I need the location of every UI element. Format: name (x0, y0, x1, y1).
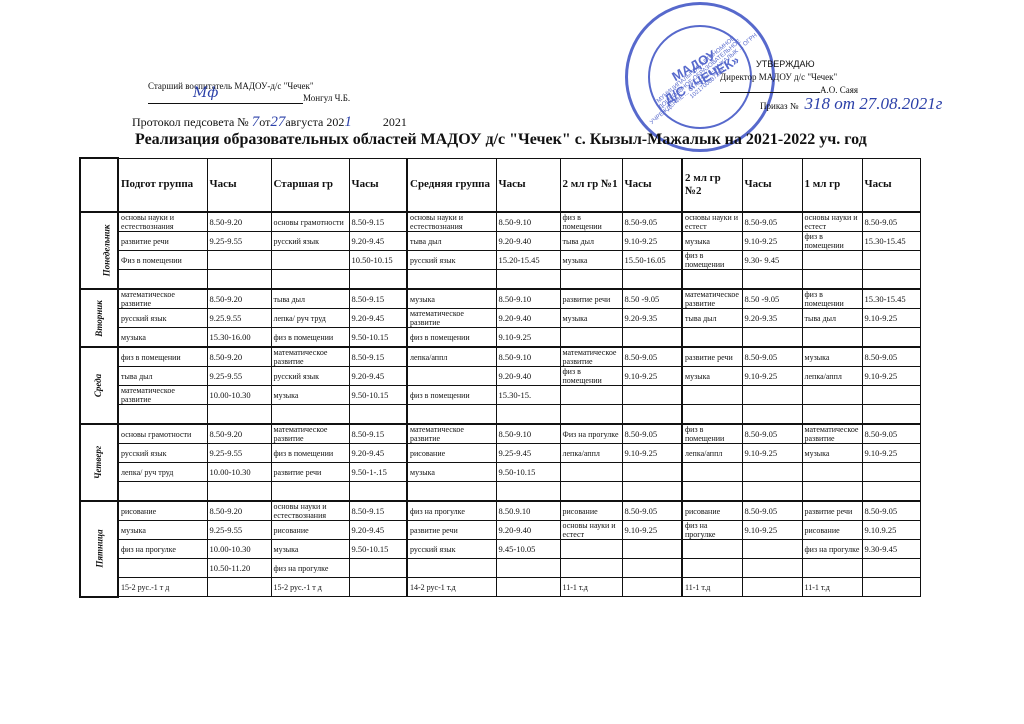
activity-cell: лепка/ руч труд (118, 463, 207, 482)
time-cell (622, 559, 682, 578)
time-cell (496, 578, 560, 597)
time-cell: 10.50-11.20 (207, 559, 271, 578)
activity-cell (802, 270, 862, 290)
activity-cell (560, 559, 622, 578)
time-cell (207, 405, 271, 425)
time-cell (207, 251, 271, 270)
hours-header: Часы (742, 158, 802, 212)
time-cell: 9.10-9.25 (622, 232, 682, 251)
activity-cell (682, 482, 742, 502)
time-cell: 9.20-9.45 (349, 521, 407, 540)
time-cell (349, 578, 407, 597)
activity-cell (118, 559, 207, 578)
activity-cell (682, 463, 742, 482)
activity-cell: основы науки и естествознания (118, 212, 207, 232)
activity-cell (118, 482, 207, 502)
protocol-year: 2021 (383, 115, 407, 129)
order-label: Приказ № (760, 101, 798, 111)
table-row: тыва дыл9.25-9.55русский язык9.20-9.459.… (80, 367, 920, 386)
activity-cell: рисование (560, 501, 622, 521)
hours-header: Часы (862, 158, 920, 212)
activity-cell (682, 559, 742, 578)
time-cell: 8.50-9.05 (862, 212, 920, 232)
activity-cell: музыка (682, 367, 742, 386)
approval-block: УТВЕРЖДАЮ Директор МАДОУ д/с "Чечек" А.О… (720, 58, 1010, 113)
activity-cell (802, 463, 862, 482)
time-cell: 8.50-9.05 (622, 424, 682, 444)
activity-cell: математическое развитие (271, 424, 349, 444)
time-cell: 8.50-9.20 (207, 347, 271, 367)
time-cell: 9.20-9.40 (496, 521, 560, 540)
activity-cell: математическое развитие (407, 309, 496, 328)
time-cell: 9.50-10.15 (349, 540, 407, 559)
time-cell: 9.20-9.45 (349, 444, 407, 463)
activity-cell (271, 270, 349, 290)
activity-cell: физ в помещении (271, 328, 349, 348)
activity-cell (560, 482, 622, 502)
protocol-year-digit: 1 (344, 114, 352, 130)
activity-cell: тыва дыл (118, 367, 207, 386)
time-cell (742, 559, 802, 578)
activity-cell: русский язык (118, 309, 207, 328)
activity-cell: музыка (118, 521, 207, 540)
time-cell: 8.50-9.15 (349, 289, 407, 309)
time-cell: 8.50-9.05 (622, 347, 682, 367)
time-cell: 8.50-9.20 (207, 501, 271, 521)
signature: Мф (193, 87, 218, 99)
activity-cell: развитие речи (118, 232, 207, 251)
time-cell: 8.50-9.05 (742, 424, 802, 444)
table-row (80, 405, 920, 425)
time-cell (862, 482, 920, 502)
time-cell (207, 270, 271, 290)
activity-cell: математическое развитие (802, 424, 862, 444)
time-cell: 8.50-9.20 (207, 424, 271, 444)
time-cell: 8.50-9.15 (349, 212, 407, 232)
activity-cell (407, 270, 496, 290)
time-cell: 15.30-15.45 (862, 289, 920, 309)
time-cell: 8.50-9.10 (496, 212, 560, 232)
document-title: Реализация образовательных областей МАДО… (135, 131, 867, 149)
time-cell: 9.10-9.25 (496, 328, 560, 348)
activity-cell: физ в помещении (271, 444, 349, 463)
activity-cell: 11-1 т.д (682, 578, 742, 597)
time-cell: 9.50-10.15 (496, 463, 560, 482)
time-cell: 8.50-9.20 (207, 212, 271, 232)
table-row: русский язык9.25-9.55физ в помещении9.20… (80, 444, 920, 463)
time-cell (862, 270, 920, 290)
time-cell (622, 386, 682, 405)
activity-cell: тыва дыл (271, 289, 349, 309)
time-cell: 9.10-9.25 (862, 444, 920, 463)
activity-cell: математическое развитие (560, 347, 622, 367)
activity-cell: рисование (118, 501, 207, 521)
time-cell: 8.50 -9.05 (742, 289, 802, 309)
activity-cell (271, 251, 349, 270)
time-cell (496, 405, 560, 425)
activity-cell: музыка (407, 289, 496, 309)
time-cell: 9.10-9.25 (742, 367, 802, 386)
schedule-table: Подгот группаЧасыСтаршая грЧасыСредняя г… (79, 157, 921, 598)
activity-cell: физ на прогулке (682, 521, 742, 540)
activity-cell: лепка/аппл (682, 444, 742, 463)
activity-cell: математическое развитие (271, 347, 349, 367)
time-cell (622, 482, 682, 502)
time-cell (862, 559, 920, 578)
activity-cell: тыва дыл (407, 232, 496, 251)
activity-cell: русский язык (407, 540, 496, 559)
activity-cell: 15-2 рус.-1 т д (271, 578, 349, 597)
time-cell (742, 482, 802, 502)
table-row: Пятницарисование8.50-9.20основы науки и … (80, 501, 920, 521)
protocol-from: от (259, 115, 270, 129)
activity-cell: русский язык (271, 232, 349, 251)
activity-cell: русский язык (407, 251, 496, 270)
time-cell: 9.20-9.45 (349, 367, 407, 386)
time-cell: 9.10-9.25 (622, 444, 682, 463)
activity-cell: 11-1 т.д (802, 578, 862, 597)
signature-line: Мф (148, 93, 303, 104)
activity-cell (682, 540, 742, 559)
time-cell (862, 463, 920, 482)
time-cell: 9.50-10.15 (349, 328, 407, 348)
time-cell: 10.00-10.30 (207, 386, 271, 405)
time-cell: 9.20-9.40 (496, 309, 560, 328)
activity-cell: математическое развитие (682, 289, 742, 309)
time-cell: 10.50-10.15 (349, 251, 407, 270)
activity-cell: музыка (560, 251, 622, 270)
activity-cell: тыва дыл (560, 232, 622, 251)
activity-cell (560, 405, 622, 425)
activity-cell (802, 328, 862, 348)
day-label: Пятница (80, 501, 118, 597)
time-cell: 8.50 -9.05 (622, 289, 682, 309)
hours-header: Часы (349, 158, 407, 212)
time-cell: 8.50-9.05 (742, 347, 802, 367)
time-cell: 9.10-9.25 (742, 444, 802, 463)
activity-cell (271, 482, 349, 502)
time-cell: 9.25.9.55 (207, 309, 271, 328)
activity-cell (682, 328, 742, 348)
table-row: физ на прогулке10.00-10.30музыка9.50-10.… (80, 540, 920, 559)
activity-cell: физ в помещении (407, 386, 496, 405)
time-cell: 15.50-16.05 (622, 251, 682, 270)
activity-cell: лепка/аппл (560, 444, 622, 463)
activity-cell: музыка (682, 232, 742, 251)
time-cell (862, 578, 920, 597)
time-cell (349, 405, 407, 425)
time-cell (349, 559, 407, 578)
time-cell: 9.10-9.25 (622, 521, 682, 540)
time-cell: 9.10-9.25 (742, 232, 802, 251)
day-label: Понедельник (80, 212, 118, 289)
activity-cell: развитие речи (802, 501, 862, 521)
activity-cell (802, 251, 862, 270)
table-row: 10.50-11.20физ на прогулке (80, 559, 920, 578)
table-row: музыка9.25-9.55рисование9.20-9.45развити… (80, 521, 920, 540)
time-cell: 8.50-9.10 (496, 424, 560, 444)
activity-cell: физ в помещении (560, 367, 622, 386)
time-cell: 9.25-9.45 (496, 444, 560, 463)
time-cell: 9.25-9.55 (207, 232, 271, 251)
activity-cell: 14-2 рус-1 т.д (407, 578, 496, 597)
table-row (80, 270, 920, 290)
time-cell: 8.50.9.10 (496, 501, 560, 521)
time-cell: 8.50-9.05 (862, 424, 920, 444)
time-cell (862, 328, 920, 348)
time-cell (742, 405, 802, 425)
day-label: Среда (80, 347, 118, 424)
activity-cell: физ на прогулке (407, 501, 496, 521)
time-cell: 10.00-10.30 (207, 540, 271, 559)
time-cell: 8.50-9.05 (622, 212, 682, 232)
activity-cell: развитие речи (407, 521, 496, 540)
activity-cell: Физ в помещении (118, 251, 207, 270)
activity-cell (271, 405, 349, 425)
author-name: Монгул Ч.Б. (303, 93, 350, 103)
day-header (80, 158, 118, 212)
activity-cell (118, 270, 207, 290)
activity-cell: основы науки и естест (682, 212, 742, 232)
group-header: Старшая гр (271, 158, 349, 212)
time-cell: 9.10-9.25 (742, 521, 802, 540)
activity-cell: математическое развитие (407, 424, 496, 444)
activity-cell: физ на прогулке (118, 540, 207, 559)
author-position: Старший воспитатель МАДОУ-д/с "Чечек" (148, 80, 350, 92)
table-row: 15-2 рус.-1 т д15-2 рус.-1 т д14-2 рус-1… (80, 578, 920, 597)
activity-cell (560, 463, 622, 482)
activity-cell: физ в помещении (560, 212, 622, 232)
time-cell: 10.00-10.30 (207, 463, 271, 482)
activity-cell: русский язык (271, 367, 349, 386)
time-cell (349, 270, 407, 290)
activity-cell: основы грамотности (118, 424, 207, 444)
activity-cell (407, 559, 496, 578)
activity-cell: музыка (271, 540, 349, 559)
time-cell: 9.50-1-.15 (349, 463, 407, 482)
time-cell: 15.30-16.00 (207, 328, 271, 348)
time-cell (349, 482, 407, 502)
time-cell (496, 270, 560, 290)
time-cell: 9.10-9.25 (862, 367, 920, 386)
activity-cell: физ на прогулке (802, 540, 862, 559)
activity-cell: 15-2 рус.-1 т д (118, 578, 207, 597)
activity-cell (407, 367, 496, 386)
time-cell (742, 270, 802, 290)
time-cell: 9.30-9.45 (862, 540, 920, 559)
activity-cell: 11-1 т.д (560, 578, 622, 597)
activity-cell (560, 270, 622, 290)
time-cell: 9.25-9.55 (207, 367, 271, 386)
table-row: русский язык9.25.9.55лепка/ руч труд9.20… (80, 309, 920, 328)
time-cell (207, 482, 271, 502)
order-handwritten: 318 от 27.08.2021г (804, 94, 942, 113)
time-cell (742, 578, 802, 597)
activity-cell (560, 328, 622, 348)
activity-cell: физ в помещении (682, 251, 742, 270)
time-cell: 9.30- 9.45 (742, 251, 802, 270)
group-header: Подгот группа (118, 158, 207, 212)
time-cell (742, 386, 802, 405)
activity-cell: основы грамотности (271, 212, 349, 232)
activity-cell: развитие речи (271, 463, 349, 482)
activity-cell: музыка (118, 328, 207, 348)
activity-cell: лепка/аппл (407, 347, 496, 367)
time-cell (862, 386, 920, 405)
time-cell (862, 405, 920, 425)
time-cell (622, 405, 682, 425)
activity-cell (802, 482, 862, 502)
protocol-month: августа 202 (285, 115, 344, 129)
time-cell: 9.20-9.35 (742, 309, 802, 328)
time-cell (742, 328, 802, 348)
group-header: 1 мл гр (802, 158, 862, 212)
activity-cell (802, 405, 862, 425)
activity-cell: развитие речи (560, 289, 622, 309)
time-cell (742, 540, 802, 559)
activity-cell (407, 405, 496, 425)
day-label: Вторник (80, 289, 118, 347)
time-cell: 8.50-9.15 (349, 501, 407, 521)
activity-cell: математическое развитие (118, 289, 207, 309)
time-cell: 9.50-10.15 (349, 386, 407, 405)
time-cell (742, 463, 802, 482)
time-cell: 9.10-9.25 (862, 309, 920, 328)
table-row (80, 482, 920, 502)
time-cell: 8.50-9.10 (496, 347, 560, 367)
protocol-line: Протокол педсовета № 7от27августа 2021 2… (132, 114, 407, 131)
time-cell (496, 559, 560, 578)
hours-header: Часы (496, 158, 560, 212)
activity-cell: основы науки и естест (802, 212, 862, 232)
activity-cell: физ в помещении (802, 232, 862, 251)
time-cell: 9.10-9.25 (622, 367, 682, 386)
group-header: 2 мл гр №1 (560, 158, 622, 212)
time-cell: 8.50-9.05 (862, 501, 920, 521)
time-cell: 9.45-10.05 (496, 540, 560, 559)
time-cell (207, 578, 271, 597)
activity-cell: математическое развитие (118, 386, 207, 405)
time-cell (496, 482, 560, 502)
activity-cell: основы науки и естествознания (407, 212, 496, 232)
time-cell (622, 270, 682, 290)
time-cell: 8.50-9.15 (349, 347, 407, 367)
activity-cell: рисование (682, 501, 742, 521)
time-cell: 8.50-9.05 (622, 501, 682, 521)
activity-cell (802, 386, 862, 405)
activity-cell: физ в помещении (118, 347, 207, 367)
group-header: 2 мл гр №2 (682, 158, 742, 212)
approve-label: УТВЕРЖДАЮ (756, 58, 1010, 71)
time-cell: 15.30-15.45 (862, 232, 920, 251)
activity-cell: музыка (407, 463, 496, 482)
time-cell: 9.10.9.25 (862, 521, 920, 540)
time-cell: 15.20-15.45 (496, 251, 560, 270)
group-header: Средняя группа (407, 158, 496, 212)
activity-cell (682, 270, 742, 290)
day-label: Четверг (80, 424, 118, 501)
time-cell (622, 328, 682, 348)
time-cell (622, 578, 682, 597)
activity-cell: музыка (271, 386, 349, 405)
protocol-prefix: Протокол педсовета № (132, 115, 249, 129)
activity-cell: музыка (560, 309, 622, 328)
table-row: Четвергосновы грамотности8.50-9.20матема… (80, 424, 920, 444)
activity-cell: музыка (802, 347, 862, 367)
table-row: развитие речи9.25-9.55русский язык9.20-9… (80, 232, 920, 251)
table-row: Вторникматематическое развитие8.50-9.20т… (80, 289, 920, 309)
time-cell: 9.20-9.35 (622, 309, 682, 328)
activity-cell: развитие речи (682, 347, 742, 367)
activity-cell: рисование (407, 444, 496, 463)
activity-cell: русский язык (118, 444, 207, 463)
activity-cell (802, 559, 862, 578)
activity-cell: рисование (271, 521, 349, 540)
time-cell: 8.50-9.20 (207, 289, 271, 309)
activity-cell (682, 386, 742, 405)
time-cell: 9.20-9.45 (349, 309, 407, 328)
time-cell: 9.20-9.45 (349, 232, 407, 251)
director-title: Директор МАДОУ д/с "Чечек" (720, 71, 1010, 84)
hours-header: Часы (622, 158, 682, 212)
activity-cell: лепка/аппл (802, 367, 862, 386)
activity-cell (682, 405, 742, 425)
table-row: Средафиз в помещении8.50-9.20математичес… (80, 347, 920, 367)
activity-cell: тыва дыл (682, 309, 742, 328)
author-block: Старший воспитатель МАДОУ-д/с "Чечек" Мф… (148, 80, 350, 104)
time-cell (862, 251, 920, 270)
table-row: музыка15.30-16.00физ в помещении9.50-10.… (80, 328, 920, 348)
activity-cell: физ в помещении (682, 424, 742, 444)
table-row: лепка/ руч труд10.00-10.30развитие речи9… (80, 463, 920, 482)
activity-cell: основы науки и естест (560, 521, 622, 540)
time-cell: 8.50-9.10 (496, 289, 560, 309)
activity-cell: рисование (802, 521, 862, 540)
activity-cell: физ на прогулке (271, 559, 349, 578)
activity-cell: основы науки и естествознания (271, 501, 349, 521)
time-cell: 15.30-15. (496, 386, 560, 405)
time-cell: 9.20-9.40 (496, 367, 560, 386)
time-cell: 8.50-9.05 (862, 347, 920, 367)
activity-cell (560, 540, 622, 559)
activity-cell: тыва дыл (802, 309, 862, 328)
activity-cell: музыка (802, 444, 862, 463)
time-cell (622, 463, 682, 482)
activity-cell: Физ на прогулке (560, 424, 622, 444)
activity-cell (407, 482, 496, 502)
activity-cell (560, 386, 622, 405)
table-header-row: Подгот группаЧасыСтаршая грЧасыСредняя г… (80, 158, 920, 212)
time-cell: 9.20-9.40 (496, 232, 560, 251)
activity-cell: лепка/ руч труд (271, 309, 349, 328)
director-sign-line (720, 92, 820, 93)
time-cell (622, 540, 682, 559)
time-cell: 8.50-9.05 (742, 212, 802, 232)
hours-header: Часы (207, 158, 271, 212)
time-cell: 9.25-9.55 (207, 521, 271, 540)
activity-cell: физ в помещении (407, 328, 496, 348)
activity-cell: физ в помещении (802, 289, 862, 309)
protocol-day: 27 (270, 114, 285, 130)
time-cell: 8.50-9.05 (742, 501, 802, 521)
table-row: Понедельникосновы науки и естествознания… (80, 212, 920, 232)
table-row: Физ в помещении10.50-10.15русский язык15… (80, 251, 920, 270)
table-row: математическое развитие10.00-10.30музыка… (80, 386, 920, 405)
time-cell: 8.50-9.15 (349, 424, 407, 444)
activity-cell (118, 405, 207, 425)
time-cell: 9.25-9.55 (207, 444, 271, 463)
